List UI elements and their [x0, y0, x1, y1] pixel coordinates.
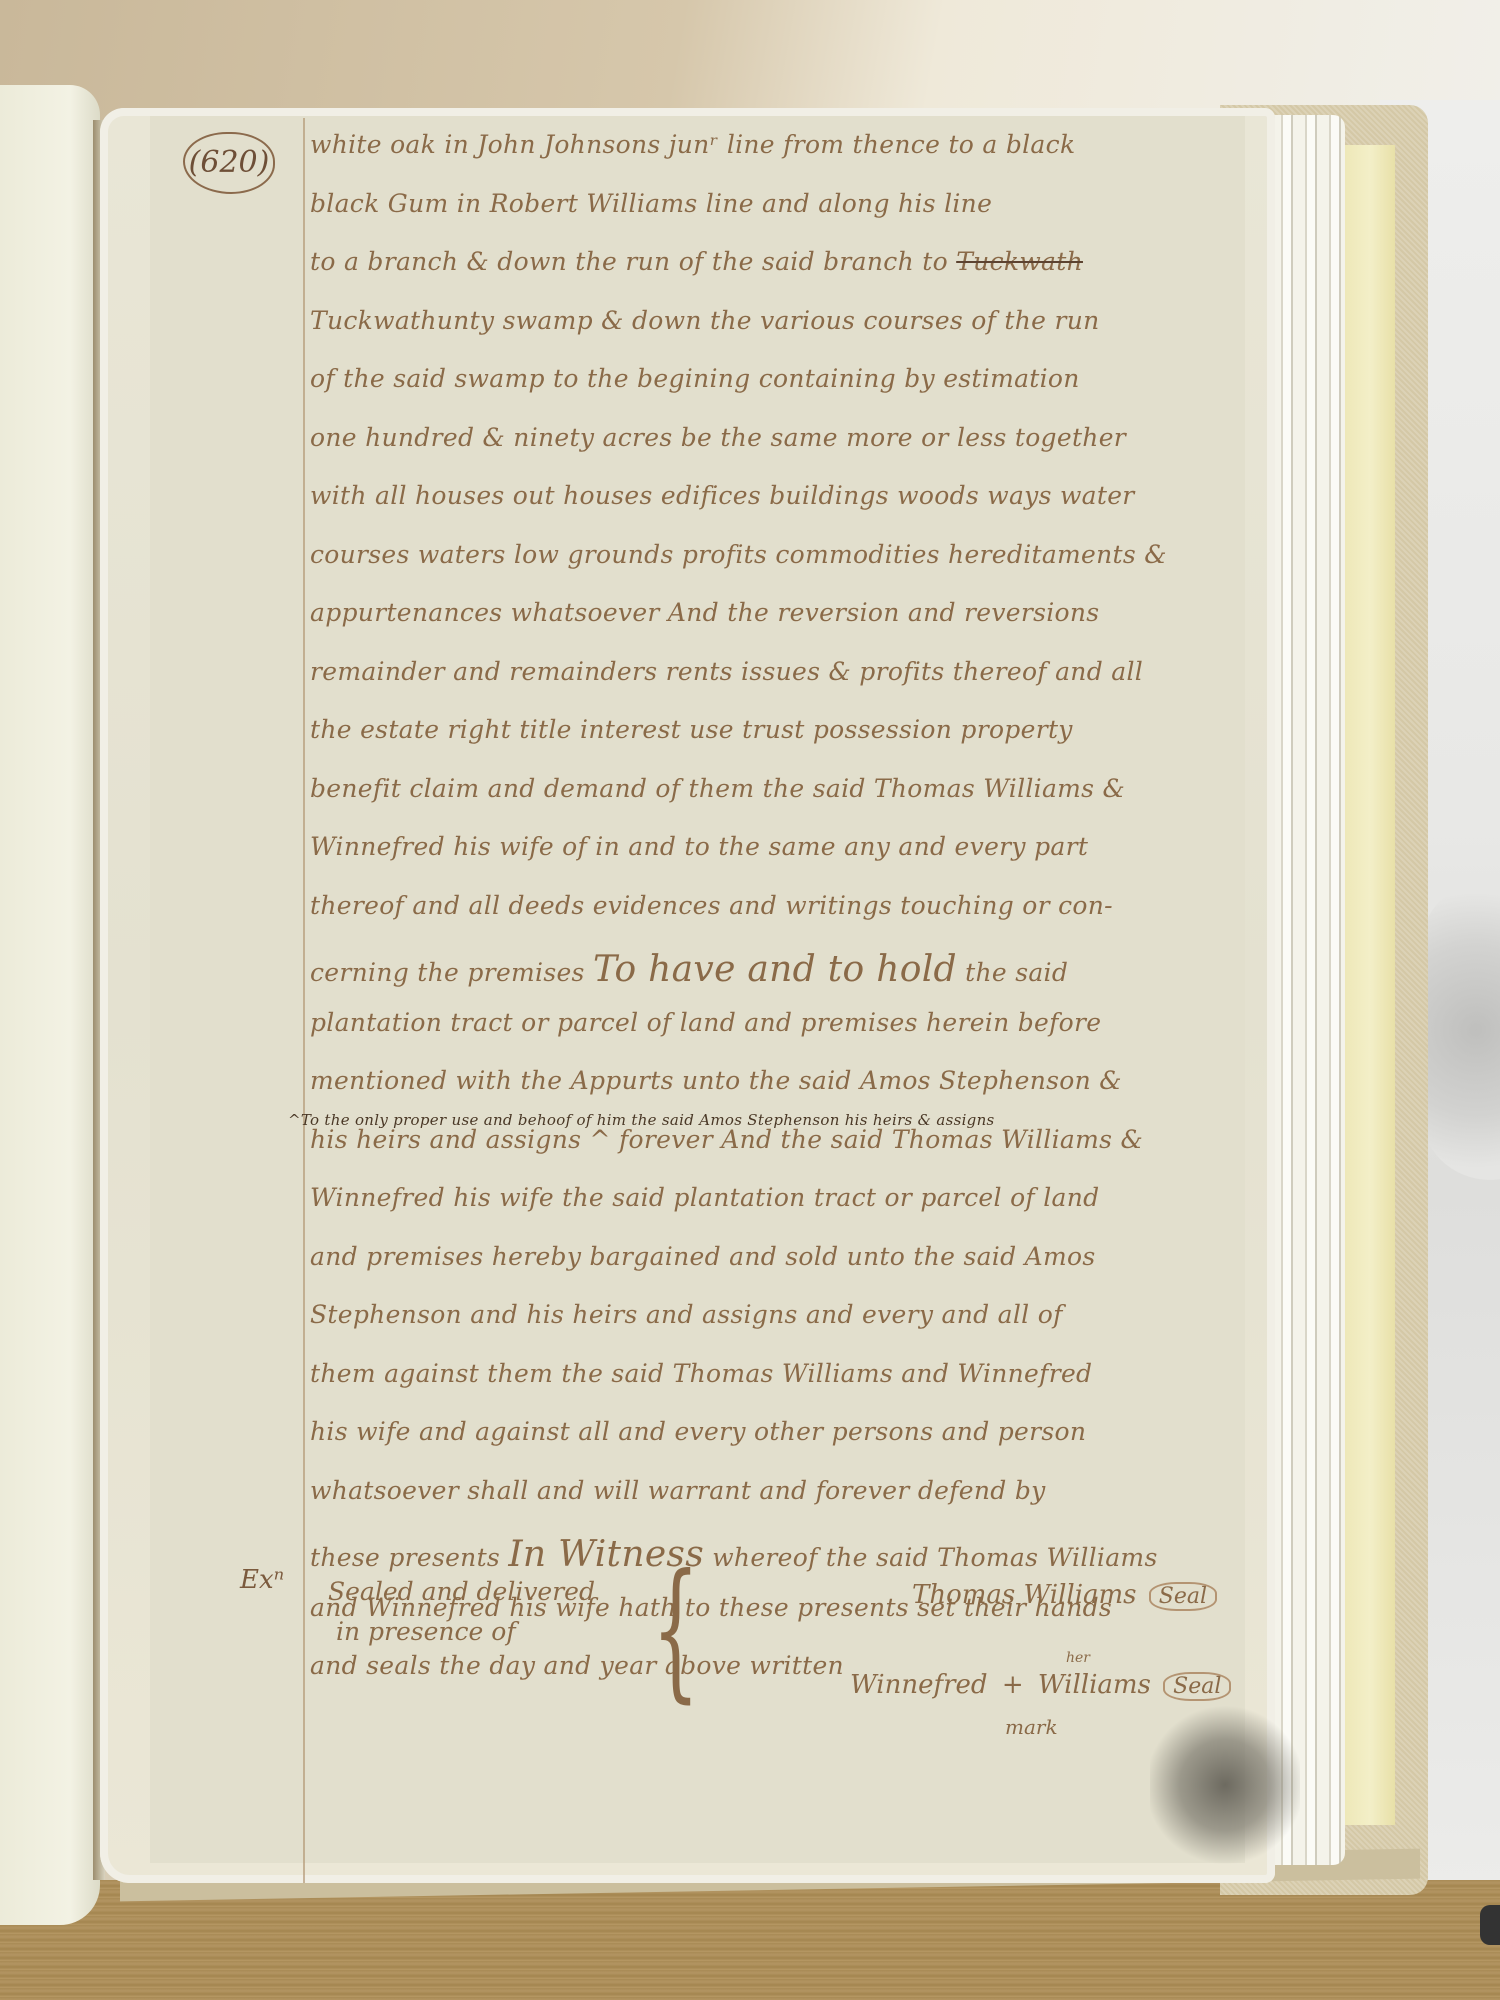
habendum-clause: To have and to hold — [593, 949, 957, 990]
text-line-20: and premises hereby bargained and sold u… — [310, 1242, 1270, 1301]
text-line-19: Winnefred his wife the said plantation t… — [310, 1183, 1270, 1242]
text-line-5: of the said swamp to the begining contai… — [310, 364, 1270, 423]
deed-body-text: white oak in John Johnsons junʳ line fro… — [310, 130, 1270, 1710]
line-text-after: the said — [965, 958, 1068, 987]
line-text-before: these presents — [310, 1543, 500, 1572]
vellum-flyleaf — [1345, 145, 1395, 1825]
attestation-line-2: in presence of — [336, 1612, 595, 1652]
text-line-18: his heirs and assigns ^ forever And the … — [310, 1125, 1270, 1184]
text-line-1: white oak in John Johnsons junʳ line fro… — [310, 130, 1270, 189]
thumb-blur — [1150, 1700, 1300, 1870]
text-line-23: his wife and against all and every other… — [310, 1417, 1270, 1476]
her-label: her — [1066, 1650, 1090, 1666]
text-line-14: thereof and all deeds evidences and writ… — [310, 891, 1270, 950]
lamp-fixture — [1420, 880, 1500, 1180]
marginal-note-examined: Exⁿ — [240, 1565, 284, 1595]
text-line-9: appurtenances whatsoever And the reversi… — [310, 598, 1270, 657]
attestation-clause: Sealed and delivered in presence of — [328, 1572, 595, 1652]
margin-rule-line — [303, 118, 305, 1883]
folio-number: (620) — [183, 132, 275, 194]
signature-name: Thomas Williams — [912, 1580, 1137, 1610]
text-line-22: them against them the said Thomas Willia… — [310, 1359, 1270, 1418]
seal-mark: Seal — [1149, 1582, 1217, 1611]
text-line-3: to a branch & down the run of the said b… — [310, 247, 1270, 306]
text-line-21: Stephenson and his heirs and assigns and… — [310, 1300, 1270, 1359]
cross-mark-icon: + — [996, 1670, 1030, 1700]
text-line-10: remainder and remainders rents issues & … — [310, 657, 1270, 716]
line-text-after: whereof the said Thomas Williams — [712, 1543, 1157, 1572]
text-line-12: benefit claim and demand of them the sai… — [310, 774, 1270, 833]
text-line-16: plantation tract or parcel of land and p… — [310, 1008, 1270, 1067]
line-text: to a branch & down the run of the said b… — [310, 247, 948, 276]
text-line-13: Winnefred his wife of in and to the same… — [310, 832, 1270, 891]
text-line-11: the estate right title interest use trus… — [310, 715, 1270, 774]
signature-last-name: Williams — [1038, 1670, 1151, 1700]
text-line-8: courses waters low grounds profits commo… — [310, 540, 1270, 599]
seal-mark: Seal — [1163, 1672, 1231, 1701]
curly-brace: { — [652, 1555, 700, 1705]
text-line-7: with all houses out houses edifices buil… — [310, 481, 1270, 540]
desk-clip — [1480, 1905, 1500, 1945]
text-line-15: cerning the premises To have and to hold… — [310, 949, 1270, 1008]
text-line-6: one hundred & ninety acres be the same m… — [310, 423, 1270, 482]
line-text-before: cerning the premises — [310, 958, 585, 987]
text-line-4: Tuckwathunty swamp & down the various co… — [310, 306, 1270, 365]
mark-label: mark — [1005, 1715, 1058, 1739]
text-line-24: whatsoever shall and will warrant and fo… — [310, 1476, 1270, 1535]
signature-winnefred-williams: Winnefred her + Williams Seal — [850, 1670, 1231, 1701]
struck-word: Tuckwath — [956, 247, 1083, 276]
left-page-edge — [0, 85, 100, 1925]
attestation-line-1: Sealed and delivered — [328, 1572, 595, 1612]
text-line-2: black Gum in Robert Williams line and al… — [310, 189, 1270, 248]
signature-first-name: Winnefred — [850, 1670, 988, 1700]
signature-thomas-williams: Thomas Williams Seal — [912, 1580, 1217, 1611]
